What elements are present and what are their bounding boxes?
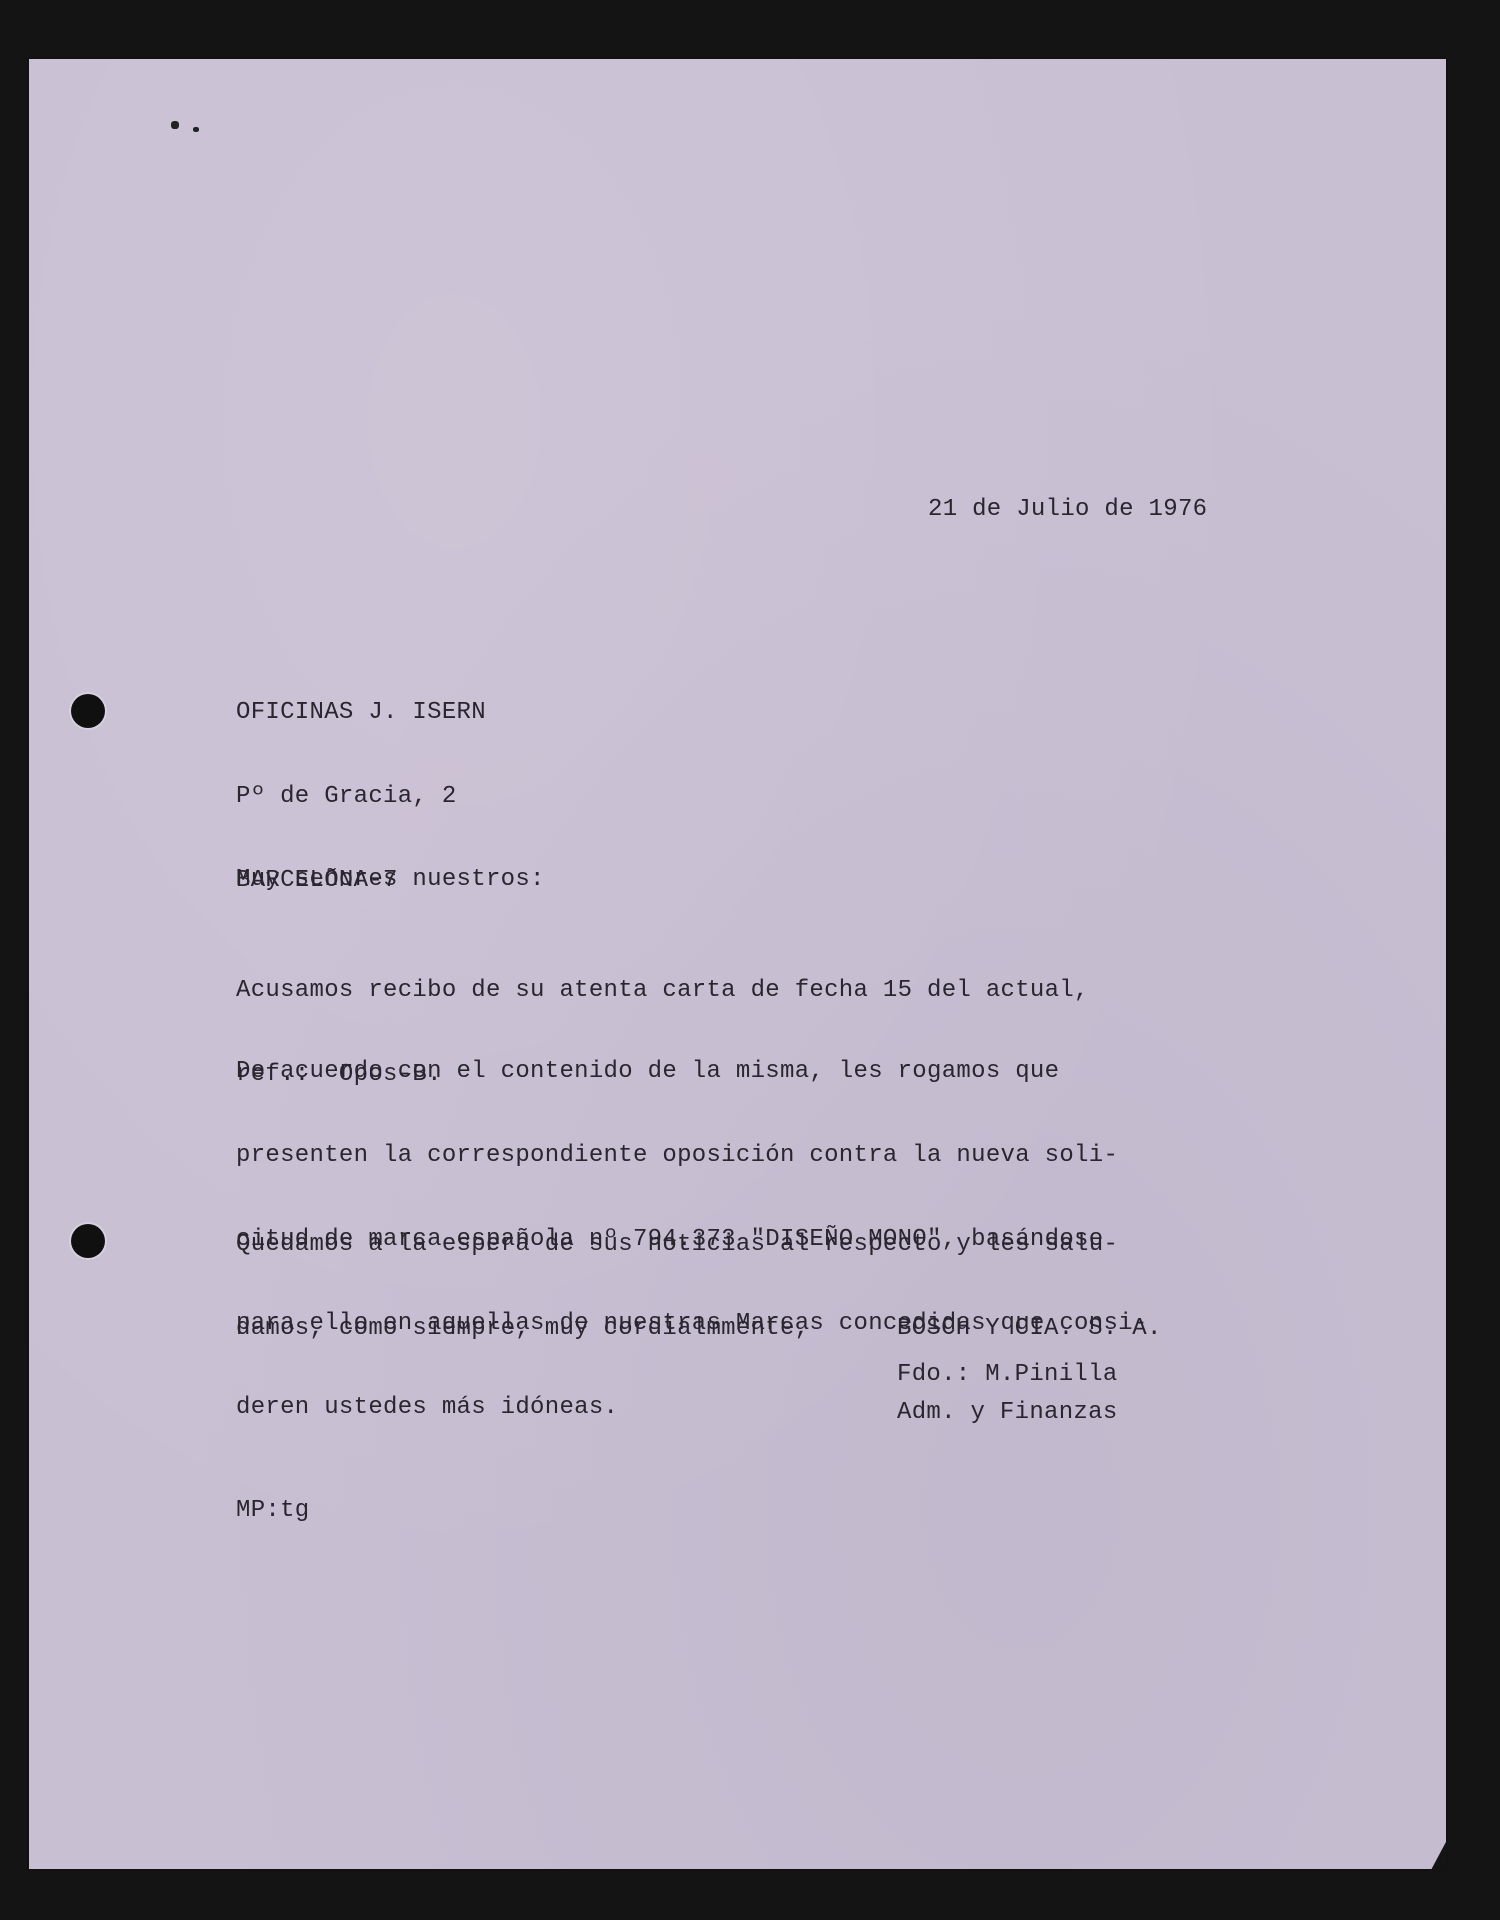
- addressee-name: OFICINAS J. ISERN: [236, 699, 486, 727]
- paragraph-line: Quedamos a la espera de sus noticias al …: [236, 1231, 1118, 1259]
- addressee-street: Pº de Gracia, 2: [236, 783, 486, 811]
- paragraph-line: De acuerdo con el contenido de la misma,…: [236, 1058, 1148, 1086]
- letter-date: 21 de Julio de 1976: [928, 496, 1207, 524]
- salutation: Muy señores nuestros:: [236, 866, 545, 894]
- punch-hole-top: [71, 694, 105, 728]
- department-name: Adm. y Finanzas: [897, 1399, 1162, 1427]
- folded-corner: [1431, 1840, 1447, 1870]
- paragraph-line: presenten la correspondiente oposición c…: [236, 1142, 1148, 1170]
- ink-speck-mark: [169, 121, 205, 133]
- company-name: BOSCH Y CIA. S. A.: [897, 1315, 1162, 1343]
- letter-page: 21 de Julio de 1976 OFICINAS J. ISERN Pº…: [29, 59, 1446, 1869]
- paragraph-line: Acusamos recibo de su atenta carta de fe…: [236, 977, 1089, 1005]
- signed-by: Fdo.: M.Pinilla: [897, 1361, 1118, 1389]
- punch-hole-bottom: [71, 1224, 105, 1258]
- addressee-block: OFICINAS J. ISERN Pº de Gracia, 2 BARCEL…: [236, 643, 486, 951]
- reference-initials: MP:tg: [236, 1497, 310, 1525]
